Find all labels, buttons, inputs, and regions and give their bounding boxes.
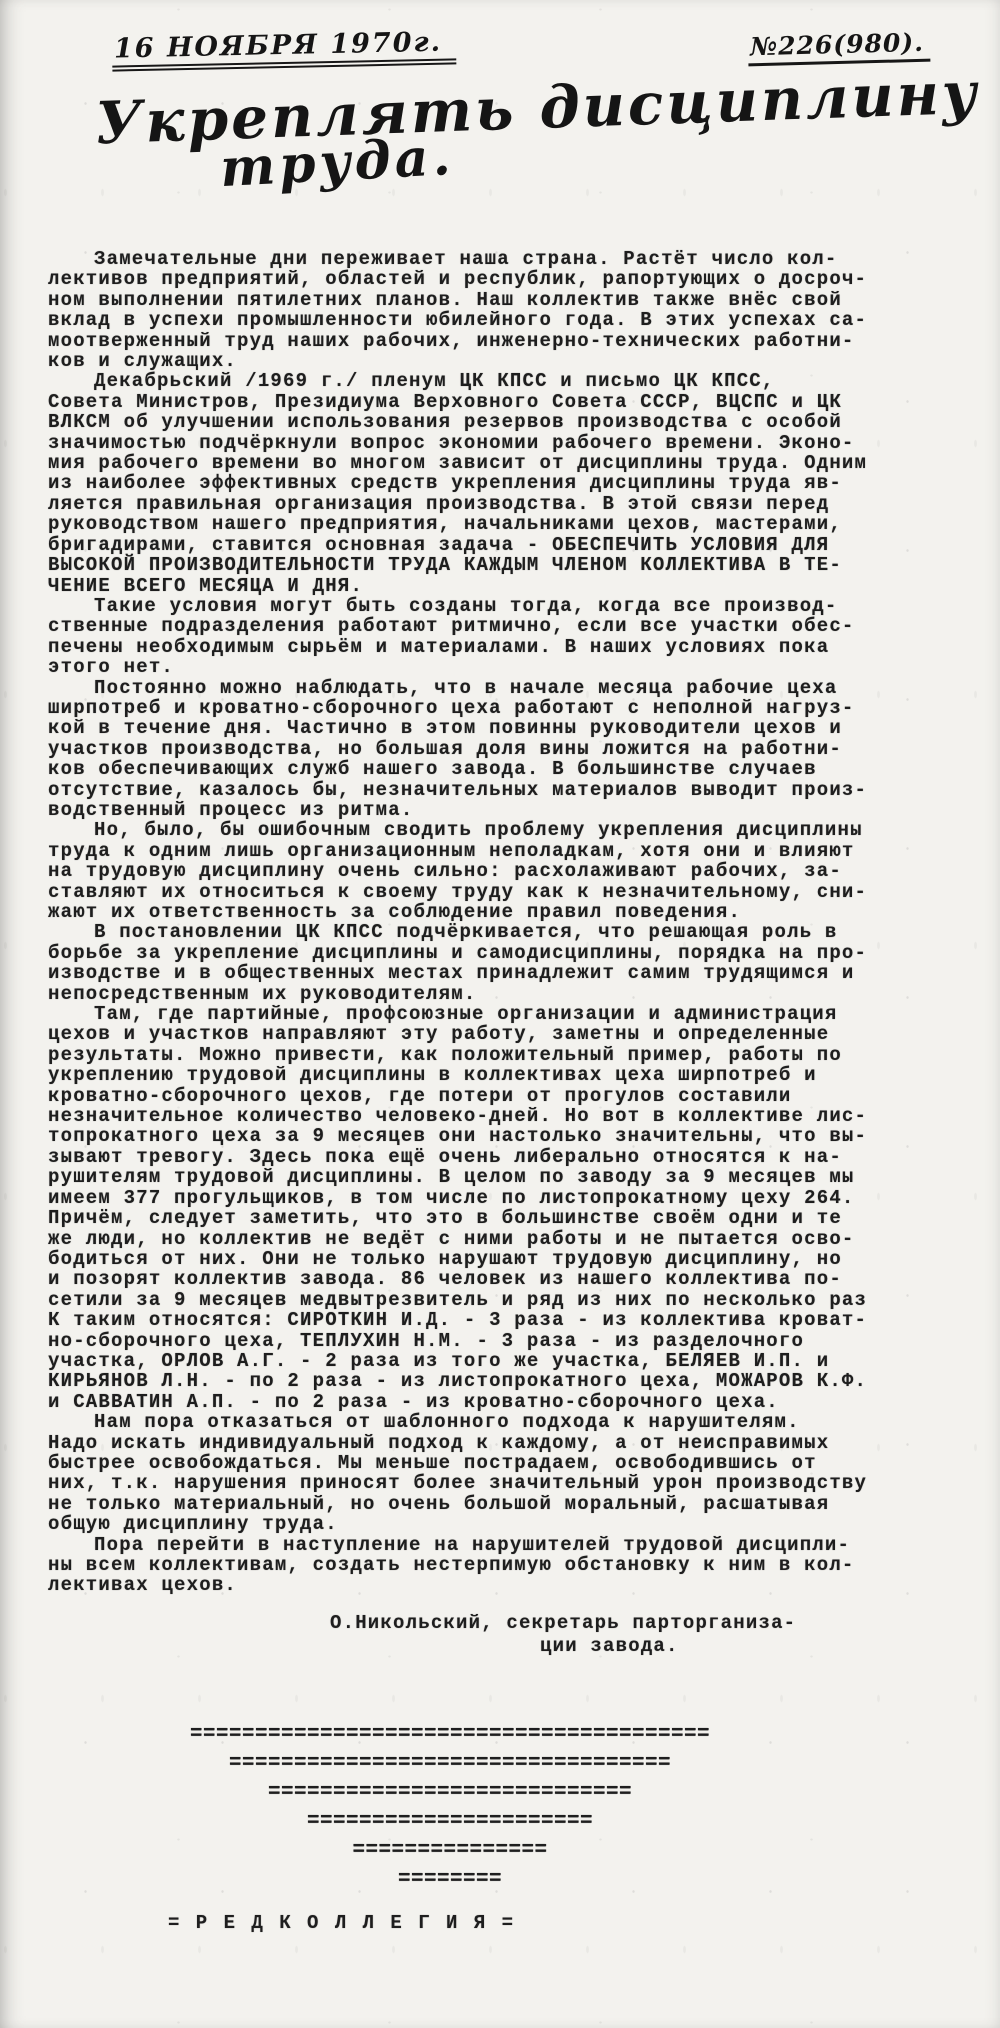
paragraph-3: Такие условия могут быть созданы тогда, … <box>48 596 960 678</box>
paragraph-2: Декабрьский /1969 г./ пленум ЦК КПСС и п… <box>48 371 960 595</box>
divider-row: ================================== <box>170 1749 730 1778</box>
paragraph-1: Замечательные дни переживает наша страна… <box>48 249 960 371</box>
divider-row: ====================== <box>170 1807 730 1836</box>
paragraph-7: Там, где партийные, профсоюзные организа… <box>48 1004 960 1412</box>
divider-row: ============================ <box>170 1778 730 1807</box>
paragraph-8: Нам пора отказаться от шаблонного подход… <box>48 1412 960 1534</box>
editorial-board-label: = Р Е Д К О Л Л Е Г И Я = <box>168 1912 516 1934</box>
signature-block: О.Никольский, секретарь парторганиза- ци… <box>330 1612 796 1658</box>
signature-line2: ции завода. <box>540 1635 796 1658</box>
divider-row: =============== <box>170 1836 730 1865</box>
paragraph-5: Но, было, бы ошибочным сводить проблему … <box>48 820 960 922</box>
divider-pyramid: ========================================… <box>170 1720 730 1894</box>
issue-date: 16 НОЯБРЯ 1970г. <box>112 26 457 71</box>
divider-row: ======== <box>170 1865 730 1894</box>
article-body: Замечательные дни переживает наша страна… <box>48 249 960 1596</box>
paragraph-9: Пора перейти в наступление на нарушителе… <box>48 1535 960 1596</box>
paragraph-4: Постоянно можно наблюдать, что в начале … <box>48 678 960 821</box>
headline-line2: труда. <box>219 126 456 199</box>
divider-row: ======================================== <box>170 1720 730 1749</box>
scanned-document-page: 16 НОЯБРЯ 1970г. №226(980). Укреплять ди… <box>0 0 1000 2028</box>
headline: Укреплять дисциплину труда. <box>95 74 1000 193</box>
paragraph-6: В постановлении ЦК КПСС подчёркивается, … <box>48 922 960 1004</box>
masthead: 16 НОЯБРЯ 1970г. №226(980). <box>0 0 1000 68</box>
signature-line1: О.Никольский, секретарь парторганиза- <box>330 1612 796 1635</box>
